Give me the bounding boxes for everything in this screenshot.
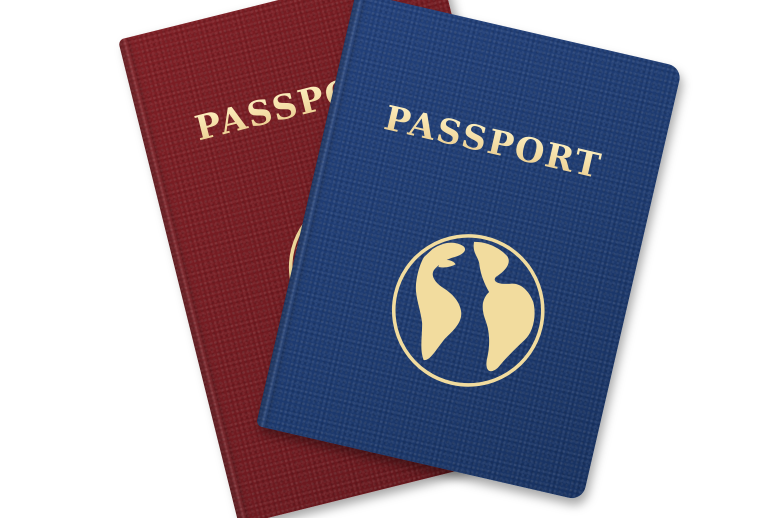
passports-scene: PASSPORT PASSPORT	[0, 0, 770, 518]
